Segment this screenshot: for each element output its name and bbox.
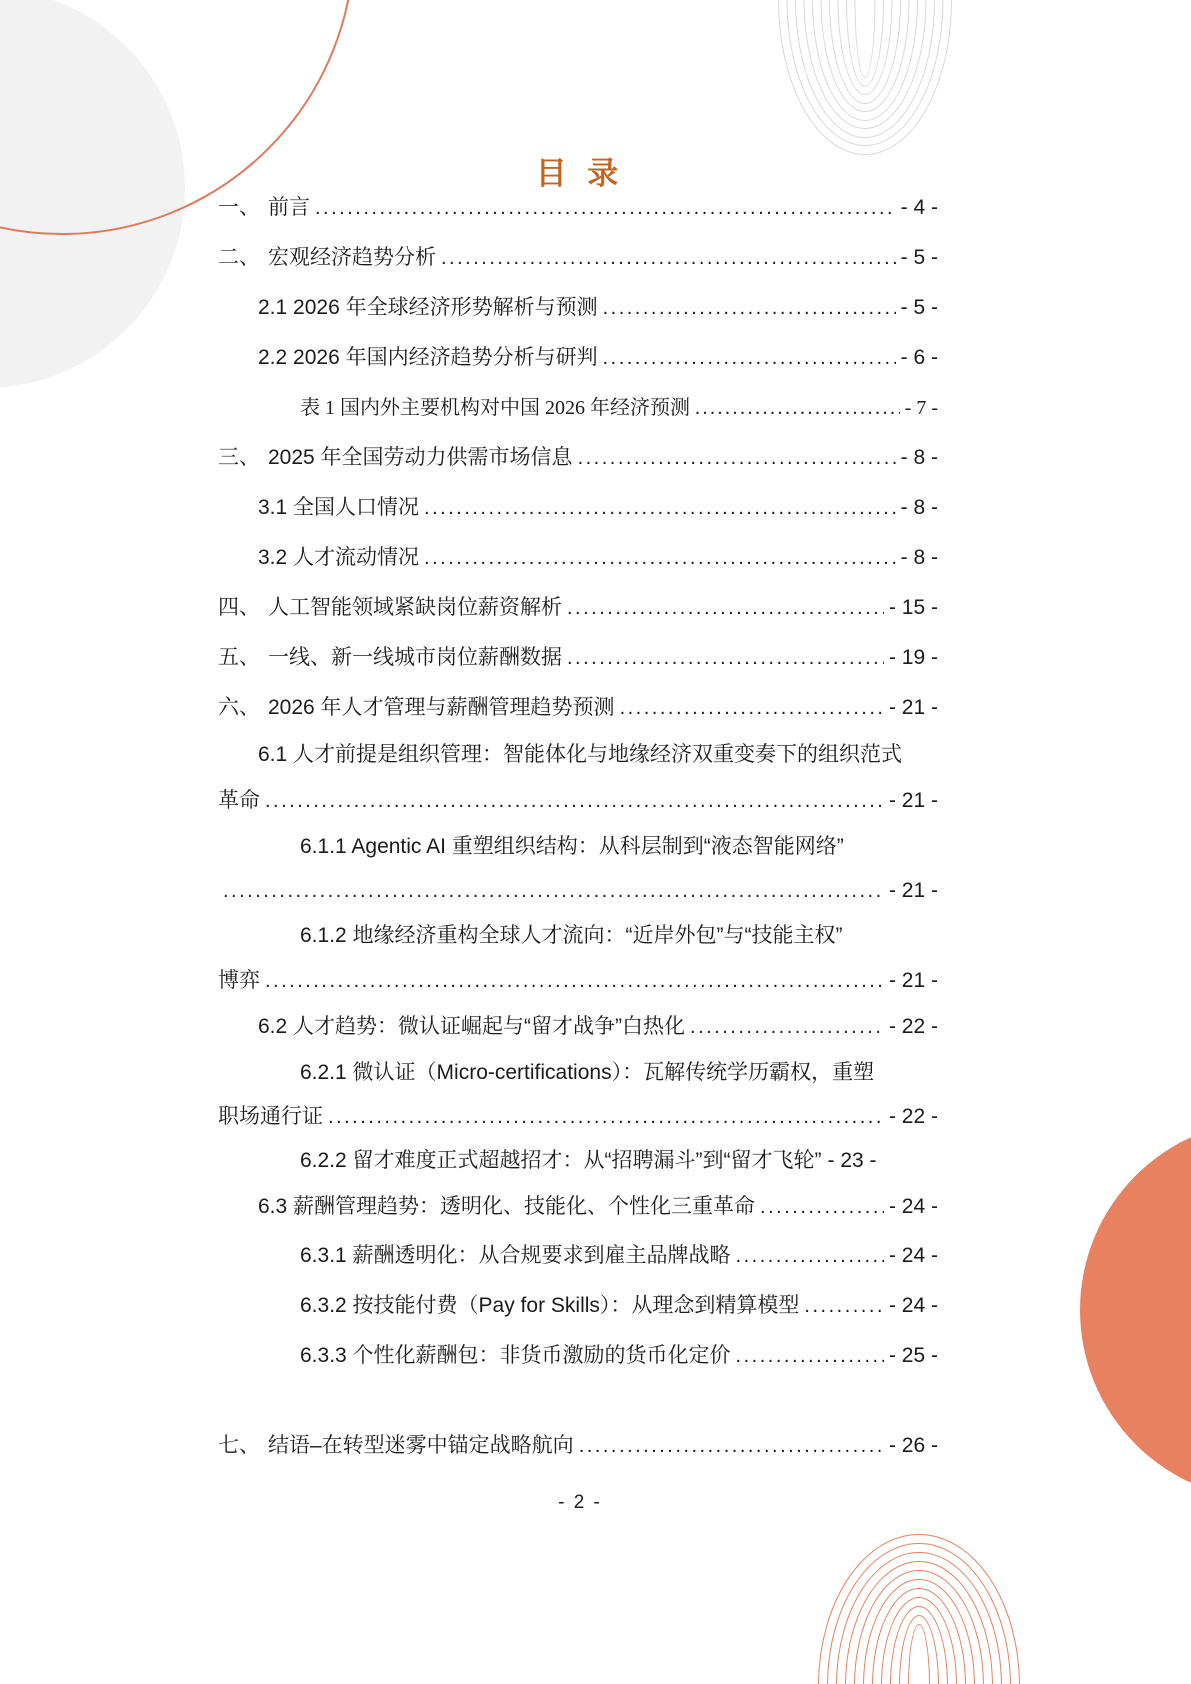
- entry-page-number: - 22 -: [887, 1095, 938, 1139]
- toc-entry-6-1-line1[interactable]: 6.1 人才前提是组织管理：智能体化与地缘经济双重变奏下的组织范式: [218, 733, 938, 777]
- dot-leader: [736, 1331, 884, 1381]
- entry-title: 前言: [268, 183, 310, 233]
- dot-leader: [315, 183, 896, 233]
- entry-title: 6.1.2 地缘经济重构全球人才流向：“近岸外包”与“技能主权”: [300, 913, 843, 959]
- toc-entry-table1[interactable]: 表 1 国内外主要机构对中国 2026 年经济预测 - 7 -: [218, 383, 938, 433]
- entry-title-wrap: 博弈: [218, 959, 260, 1003]
- entry-title: 2.2 2026 年国内经济趋势分析与研判: [258, 333, 598, 383]
- entry-title: 6.3.1 薪酬透明化：从合规要求到雇主品牌战略: [300, 1231, 731, 1281]
- entry-page-number: - 8 -: [899, 433, 938, 483]
- entry-title: 6.2.1 微认证（Micro-certifications）：瓦解传统学历霸权…: [300, 1051, 874, 1095]
- dot-leader: [579, 1421, 884, 1471]
- toc-entry-chengshi-xinchou[interactable]: 五、 一线、新一线城市岗位薪酬数据 - 19 -: [218, 633, 938, 683]
- dot-leader: [695, 383, 900, 433]
- toc-entry-hongguan[interactable]: 二、 宏观经济趋势分析 - 5 -: [218, 233, 938, 283]
- entry-page-number: - 26 -: [887, 1421, 938, 1471]
- entry-page-number: - 6 -: [899, 333, 938, 383]
- dot-leader: [736, 1231, 884, 1281]
- dot-leader: [620, 683, 884, 733]
- entry-page-number: - 25 -: [887, 1331, 938, 1381]
- entry-title-wrap: 职场通行证: [218, 1095, 323, 1139]
- toc-entry-6-3[interactable]: 6.3 薪酬管理趋势：透明化、技能化、个性化三重革命 - 24 -: [218, 1183, 938, 1231]
- entry-page-number: - 4 -: [899, 183, 938, 233]
- dot-leader: [265, 777, 884, 825]
- entry-title: 表 1 国内外主要机构对中国 2026 年经济预测: [300, 383, 690, 433]
- toc-entry-6-1-2-line1[interactable]: 6.1.2 地缘经济重构全球人才流向：“近岸外包”与“技能主权”: [218, 913, 938, 959]
- dot-leader: [690, 1003, 884, 1051]
- toc-entry-qianyan[interactable]: 一、 前言 - 4 -: [218, 183, 938, 233]
- dot-leader: [223, 869, 884, 913]
- toc-entry-3-2[interactable]: 3.2 人才流动情况 - 8 -: [218, 533, 938, 583]
- entry-title: 6.3 薪酬管理趋势：透明化、技能化、个性化三重革命: [258, 1183, 755, 1231]
- toc-entry-ai-xinzi[interactable]: 四、 人工智能领域紧缺岗位薪资解析 - 15 -: [218, 583, 938, 633]
- entry-title: 6.3.2 按技能付费（Pay for Skills）：从理念到精算模型: [300, 1281, 799, 1331]
- toc-entry-6-1-2-line2[interactable]: 博弈 - 21 -: [218, 959, 938, 1003]
- toc-entry-6-1-1-line2[interactable]: - 21 -: [218, 869, 938, 913]
- entry-number: 三、: [218, 433, 268, 483]
- dot-leader: [603, 333, 896, 383]
- gray-circle-decoration: [0, 0, 185, 388]
- toc-entry-2-2[interactable]: 2.2 2026 年国内经济趋势分析与研判 - 6 -: [218, 333, 938, 383]
- dot-leader: [424, 533, 896, 583]
- dot-leader: [441, 233, 896, 283]
- entry-number: 一、: [218, 183, 268, 233]
- entry-page-number: - 19 -: [887, 633, 938, 683]
- entry-page-number: - 21 -: [887, 959, 938, 1003]
- toc-entry-6-3-3[interactable]: 6.3.3 个性化薪酬包：非货币激励的货币化定价 - 25 -: [218, 1331, 938, 1381]
- entry-page-number: - 22 -: [887, 1003, 938, 1051]
- toc-page: 目 录 一、 前言 - 4 - 二、 宏观经济趋势分析 - 5 - 2.1 20…: [0, 0, 1191, 1684]
- entry-title: 6.1 人才前提是组织管理：智能体化与地缘经济双重变奏下的组织范式: [258, 733, 902, 777]
- entry-title: 6.2 人才趋势：微认证崛起与“留才战争”白热化: [258, 1003, 685, 1051]
- toc-entry-6-2-2[interactable]: 6.2.2 留才难度正式超越招才：从“招聘漏斗”到“留才飞轮” - 23 -: [218, 1139, 938, 1183]
- entry-page-number: - 24 -: [887, 1183, 938, 1231]
- entry-page-number: - 5 -: [899, 283, 938, 333]
- entry-number: 五、: [218, 633, 268, 683]
- entry-page-number: - 24 -: [887, 1231, 938, 1281]
- entry-title: 3.1 全国人口情况: [258, 483, 419, 533]
- entry-page-number: - 7 -: [903, 383, 938, 433]
- toc-entry-6-3-1[interactable]: 6.3.1 薪酬透明化：从合规要求到雇主品牌战略 - 24 -: [218, 1231, 938, 1281]
- footer-page-number: - 2 -: [0, 1492, 1160, 1514]
- entry-title: 宏观经济趋势分析: [268, 233, 436, 283]
- toc-entry-2-1[interactable]: 2.1 2026 年全球经济形势解析与预测 - 5 -: [218, 283, 938, 333]
- entry-title: 2026 年人才管理与薪酬管理趋势预测: [268, 683, 615, 733]
- toc-entry-laodongli[interactable]: 三、 2025 年全国劳动力供需市场信息 - 8 -: [218, 433, 938, 483]
- dot-leader: [328, 1095, 884, 1139]
- toc-entry-qushi-yuce[interactable]: 六、 2026 年人才管理与薪酬管理趋势预测 - 21 -: [218, 683, 938, 733]
- toc-entry-6-2[interactable]: 6.2 人才趋势：微认证崛起与“留才战争”白热化 - 22 -: [218, 1003, 938, 1051]
- dot-leader: [424, 483, 896, 533]
- entry-page-number: - 21 -: [887, 683, 938, 733]
- entry-title: 一线、新一线城市岗位薪酬数据: [268, 633, 562, 683]
- entry-number: 六、: [218, 683, 268, 733]
- entry-page-number: - 24 -: [887, 1281, 938, 1331]
- dot-leader: [567, 633, 884, 683]
- entry-number: 二、: [218, 233, 268, 283]
- dot-leader: [603, 283, 896, 333]
- entry-page-number: - 21 -: [887, 869, 938, 913]
- toc-entry-3-1[interactable]: 3.1 全国人口情况 - 8 -: [218, 483, 938, 533]
- entry-page-number: - 8 -: [899, 533, 938, 583]
- entry-title: 2.1 2026 年全球经济形势解析与预测: [258, 283, 598, 333]
- entry-page-number: - 23 -: [822, 1139, 877, 1183]
- entry-page-number: - 15 -: [887, 583, 938, 633]
- table-of-contents: 一、 前言 - 4 - 二、 宏观经济趋势分析 - 5 - 2.1 2026 年…: [218, 183, 938, 1471]
- toc-entry-6-2-1-line2[interactable]: 职场通行证 - 22 -: [218, 1095, 938, 1139]
- toc-entry-6-1-line2[interactable]: 革命 - 21 -: [218, 777, 938, 825]
- entry-number: 四、: [218, 583, 268, 633]
- toc-entry-jieyu[interactable]: 七、 结语–在转型迷雾中锚定战略航向 - 26 -: [218, 1421, 938, 1471]
- entry-title: 6.3.3 个性化薪酬包：非货币激励的货币化定价: [300, 1331, 731, 1381]
- concentric-arches-bottom-icon: [818, 1530, 1020, 1684]
- entry-number: 七、: [218, 1421, 268, 1471]
- entry-title: 结语–在转型迷雾中锚定战略航向: [268, 1421, 574, 1471]
- entry-title: 人工智能领域紧缺岗位薪资解析: [268, 583, 562, 633]
- entry-title: 6.2.2 留才难度正式超越招才：从“招聘漏斗”到“留才飞轮”: [300, 1139, 822, 1183]
- concentric-arches-top-icon: [778, 0, 952, 160]
- entry-page-number: - 8 -: [899, 483, 938, 533]
- toc-entry-6-1-1-line1[interactable]: 6.1.1 Agentic AI 重塑组织结构：从科层制到“液态智能网络”: [218, 825, 938, 869]
- entry-title: 2025 年全国劳动力供需市场信息: [268, 433, 573, 483]
- dot-leader: [567, 583, 884, 633]
- dot-leader: [265, 959, 884, 1003]
- dot-leader: [578, 433, 896, 483]
- entry-page-number: - 5 -: [899, 233, 938, 283]
- orange-circle-decoration: [1080, 1120, 1191, 1500]
- dot-leader: [760, 1183, 884, 1231]
- entry-page-number: - 21 -: [887, 777, 938, 825]
- toc-entry-6-3-2[interactable]: 6.3.2 按技能付费（Pay for Skills）：从理念到精算模型 - 2…: [218, 1281, 938, 1331]
- entry-title: 3.2 人才流动情况: [258, 533, 419, 583]
- entry-title: 6.1.1 Agentic AI 重塑组织结构：从科层制到“液态智能网络”: [300, 825, 844, 869]
- entry-title-wrap: 革命: [218, 777, 260, 825]
- toc-entry-6-2-1-line1[interactable]: 6.2.1 微认证（Micro-certifications）：瓦解传统学历霸权…: [218, 1051, 938, 1095]
- dot-leader: [804, 1281, 884, 1331]
